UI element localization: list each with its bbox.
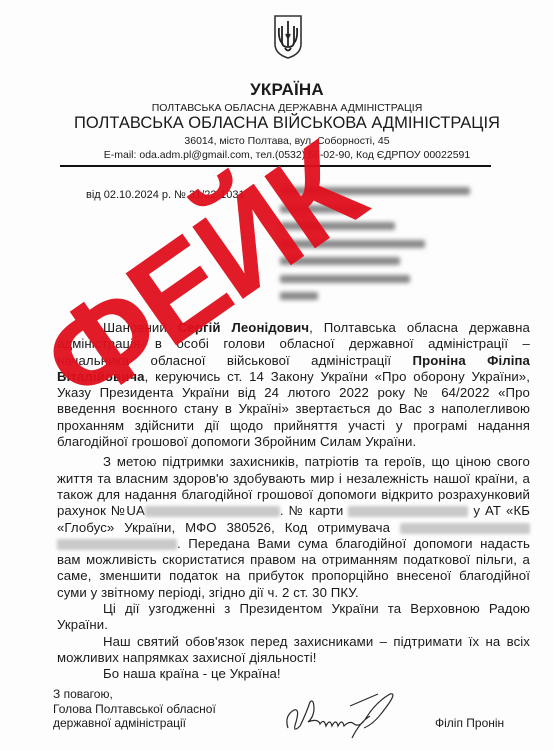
- contact-line: E-mail: oda.adm.pl@gmail.com, тел.(0532)…: [10, 149, 554, 161]
- address-line: 36014, місто Полтава, вул. Соборності, 4…: [10, 135, 554, 147]
- letter-page: УКРАЇНА ПОЛТАВСЬКА ОБЛАСНА ДЕРЖАВНА АДМІ…: [0, 0, 554, 750]
- signer-name: Філіп Пронін: [435, 716, 504, 730]
- signature-title-block: З повагою, Голова Полтавської обласної д…: [53, 687, 216, 731]
- redacted-recipient-code: [400, 523, 530, 534]
- country-heading: УКРАЇНА: [10, 80, 554, 100]
- tryzub-coat-of-arms-icon: [273, 14, 303, 60]
- redacted-recipient-name: [57, 539, 177, 550]
- addressee-name: Сергій Леонідович: [178, 320, 309, 335]
- paragraph-duty: Наш святий обов'язок перед захисниками –…: [57, 634, 530, 667]
- redacted-card-number: [348, 506, 468, 517]
- paragraph-approval: Ці дії узгодженні з Президентом України …: [57, 601, 530, 634]
- recipient-block-redacted: [280, 187, 480, 310]
- handwritten-signature-icon: [280, 688, 410, 746]
- military-administration-heading: ПОЛТАВСЬКА ОБЛАСНА ВІЙСЬКОВА АДМІНІСТРАЦ…: [10, 114, 554, 133]
- closing-regards: З повагою,: [53, 687, 216, 702]
- signer-title-line-2: державної адміністрації: [53, 716, 216, 731]
- paragraph-appeal: Шановний Сергій Леонідович, Полтавська о…: [57, 320, 530, 450]
- state-administration-heading: ПОЛТАВСЬКА ОБЛАСНА ДЕРЖАВНА АДМІНІСТРАЦІ…: [10, 102, 554, 114]
- paragraph-slogan: Бо наша країна - це Україна!: [57, 666, 530, 682]
- paragraph-donation-details: З метою підтримки захисників, патріотів …: [57, 454, 530, 601]
- document-reference: від 02.10.2024 р. № 31/22-1031: [86, 189, 245, 201]
- header-divider: [60, 165, 491, 167]
- signer-title-line-1: Голова Полтавської обласної: [53, 702, 216, 717]
- letter-body: Шановний Сергій Леонідович, Полтавська о…: [57, 320, 530, 683]
- redacted-account-number: [145, 506, 280, 517]
